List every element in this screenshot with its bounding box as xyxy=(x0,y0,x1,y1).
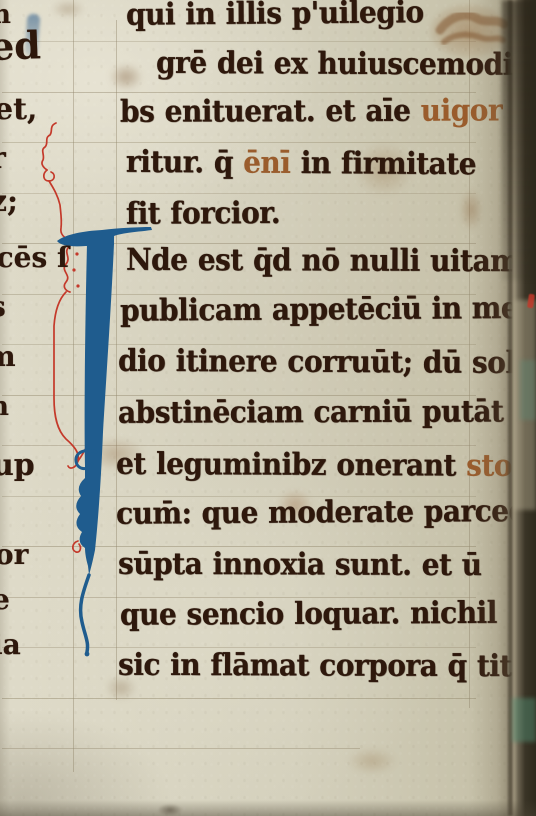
fragment-text: up xyxy=(0,448,35,483)
text-line: que sencio loquar. nichil xyxy=(120,595,497,633)
fragment-text: et, xyxy=(0,92,37,127)
text-line: Nde est q̄d nō nulli uitam xyxy=(126,242,519,279)
line-text: publicam appetēciū in me xyxy=(120,290,518,328)
fragment-text: m xyxy=(0,340,16,373)
fragment-text: r xyxy=(0,141,6,176)
bottom-edge-shadow xyxy=(0,800,536,816)
fragment-text: n xyxy=(0,392,9,422)
text-line: publicam appetēciū in me xyxy=(120,290,518,328)
line-text: ritur. q̄ xyxy=(126,144,243,180)
fragment-text: tor xyxy=(0,538,28,571)
margin-fragment: ia xyxy=(0,628,21,661)
margin-fragment: icēs ſ xyxy=(0,241,69,274)
margin-fragment: ed xyxy=(0,22,42,69)
line-text-faded: ēnī xyxy=(243,144,291,180)
margin-fragment: r xyxy=(0,141,6,176)
text-line: qui in illis p'uilegio xyxy=(126,0,424,32)
text-line: sūpta innoxia sunt. et ū xyxy=(118,546,482,583)
margin-fragment: et, xyxy=(0,92,37,127)
gutter-teal-tint xyxy=(512,698,536,742)
fragment-text: z; xyxy=(0,184,18,219)
line-text: sūpta innoxia sunt. et ū xyxy=(118,546,482,583)
fragment-text: ia xyxy=(0,628,21,661)
text-line: ritur. q̄ ēnī in firmitate xyxy=(126,144,476,182)
line-text: Nde est q̄d nō nulli uitam xyxy=(126,242,519,279)
line-text: qui in illis p'uilegio xyxy=(126,0,424,32)
line-text: in firmitate xyxy=(290,145,476,182)
fragment-text: ed xyxy=(0,22,42,69)
fragment-text: s xyxy=(0,290,6,323)
line-text: abstinēciam carniū putāt xyxy=(118,393,504,430)
blue-initial xyxy=(57,227,152,656)
line-text: bs enituerat. et aīe xyxy=(120,93,421,130)
margin-fragment: z; xyxy=(0,184,18,219)
manuscript-page-photo: qui in illis p'uilegio grē dei ex huiusc… xyxy=(0,0,536,816)
margin-fragment: up xyxy=(0,448,35,483)
fragment-text: icēs ſ xyxy=(0,241,69,274)
margin-fragment: s xyxy=(0,290,6,323)
margin-fragment: n xyxy=(0,392,9,422)
text-line: fit forcior. xyxy=(126,195,280,231)
margin-fragment: tor xyxy=(0,538,28,571)
margin-fragment: e xyxy=(0,583,10,616)
gutter-top-shadow xyxy=(502,0,536,280)
margin-fragment: m xyxy=(0,340,16,373)
line-text: fit forcior. xyxy=(126,195,280,231)
line-text: que sencio loquar. nichil xyxy=(120,595,497,633)
fragment-text: e xyxy=(0,583,10,616)
line-text: et leguminibz onerant xyxy=(116,446,466,483)
text-line: abstinēciam carniū putāt xyxy=(118,393,504,430)
gutter-teal-tint xyxy=(520,360,536,420)
